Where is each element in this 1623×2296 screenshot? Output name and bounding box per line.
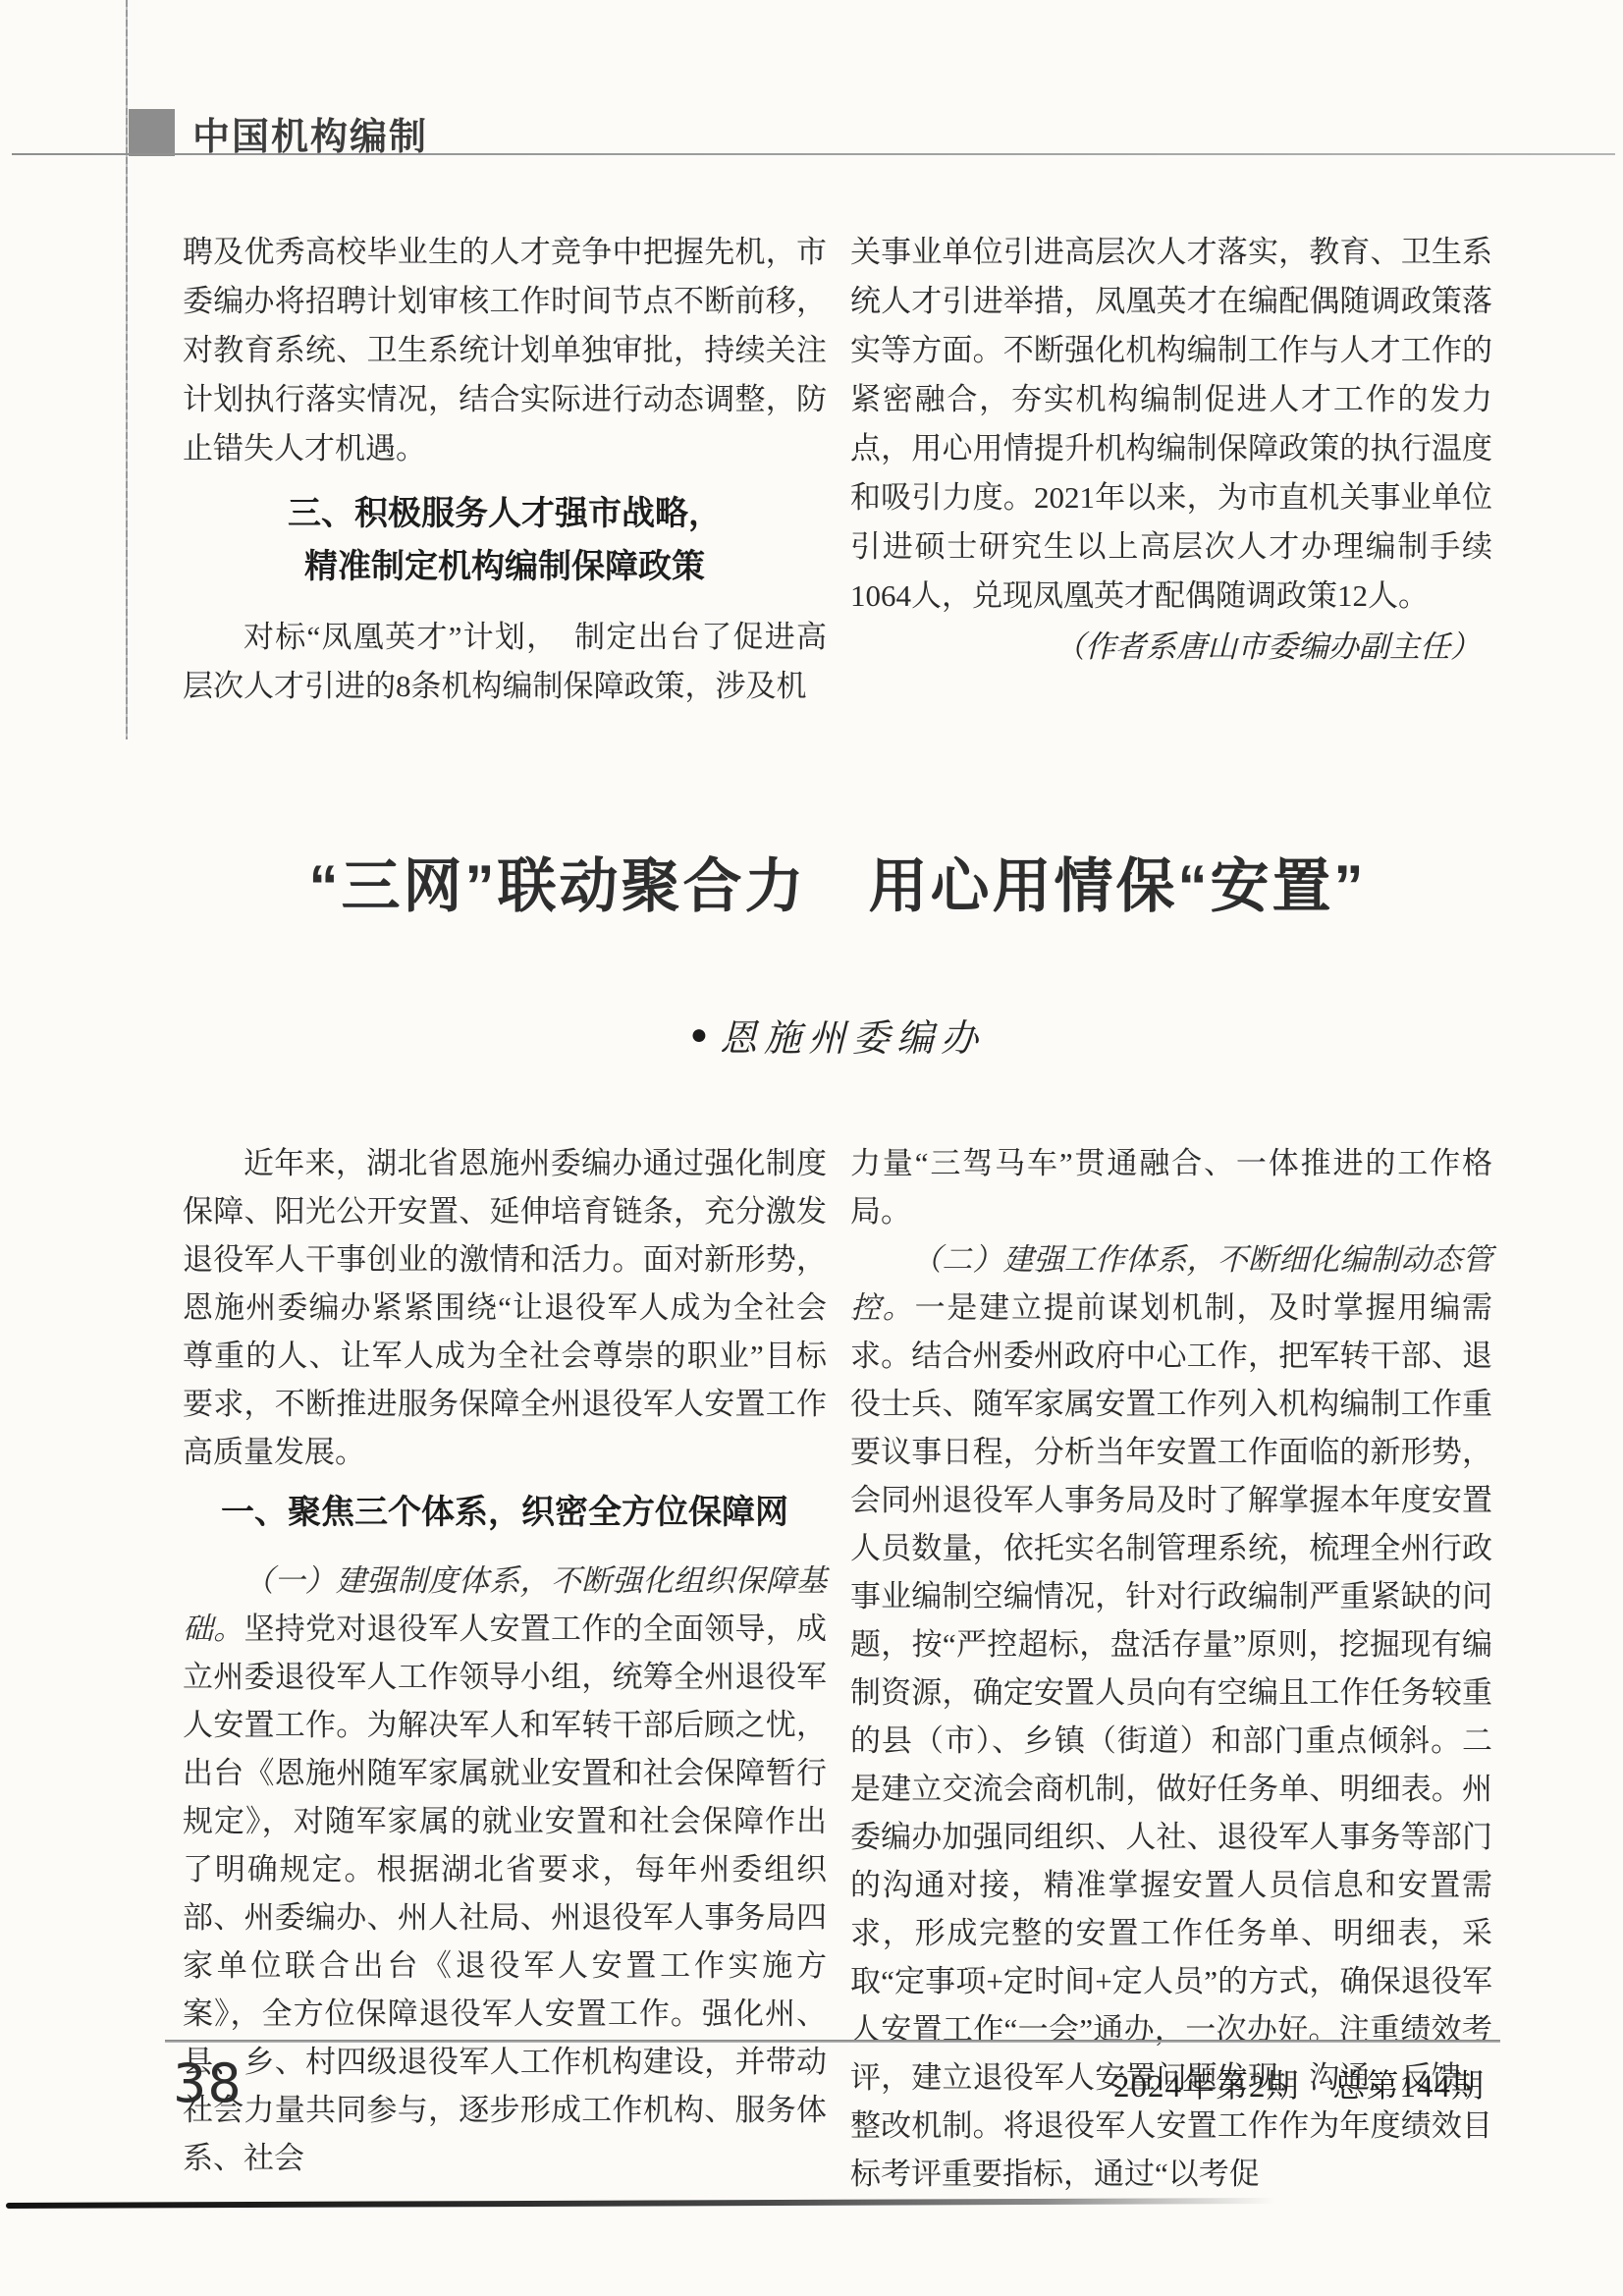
top-right-paragraph: 关事业单位引进高层次人才落实，教育、卫生系统人才引进举措，凤凰英才在编配偶随调政… (850, 228, 1492, 621)
article-item2-paragraph: （二）建强工作体系，不断细化编制动态管控。一是建立提前谋划机制，及时掌握用编需求… (850, 1235, 1492, 2198)
section-heading-three: 三、积极服务人才强市战略， 精准制定机构编制保障政策 (183, 487, 827, 593)
section-heading-three-line1: 三、积极服务人才强市战略， (288, 495, 722, 532)
left-margin-line (126, 0, 128, 739)
masthead-square-icon (129, 109, 175, 156)
article-title: “三网”联动聚合力 用心用情保“安置” (183, 850, 1492, 923)
issue-info: 2024年第2期 总第144期 (1113, 2060, 1485, 2106)
magazine-title: 中国机构编制 (192, 106, 428, 160)
item1-continuation: 力量“三驾马车”贯通融合、一体推进的工作格局。 (850, 1139, 1492, 1235)
continuation-paragraph: 聘及优秀高校毕业生的人才竞争中把握先机，市委编办将招聘计划审核工作时间节点不断前… (183, 228, 827, 473)
top-left-column: 聘及优秀高校毕业生的人才竞争中把握先机，市委编办将招聘计划审核工作时间节点不断前… (183, 228, 827, 711)
article-intro-paragraph: 近年来，湖北省恩施州委编办通过强化制度保障、阳光公开安置、延伸培育链条，充分激发… (183, 1139, 827, 1476)
byline-bullet-icon: ● (690, 1018, 708, 1052)
article-item1-paragraph: （一）建强制度体系，不断强化组织保障基础。坚持党对退役军人安置工作的全面领导，成… (183, 1557, 827, 2182)
magazine-page: 中国机构编制 聘及优秀高校毕业生的人才竞争中把握先机，市委编办将招聘计划审核工作… (0, 0, 1623, 2296)
footer-divider-line (165, 2040, 1500, 2043)
header-divider-line (12, 153, 1615, 155)
byline-author: 恩施州委编办 (720, 1008, 985, 1062)
top-left-paragraph: 对标“凤凰英才”计划， 制定出台了促进高层次人才引进的8条机构编制保障政策，涉及… (183, 613, 827, 711)
top-right-column: 关事业单位引进高层次人才落实，教育、卫生系统人才引进举措，凤凰英才在编配偶随调政… (850, 228, 1492, 670)
item2-text: 一是建立提前谋划机制，及时掌握用编需求。结合州委州政府中心工作，把军转干部、退役… (850, 1290, 1492, 2191)
scan-page-edge-line (6, 2198, 1371, 2209)
item1-text: 坚持党对退役军人安置工作的全面领导，成立州委退役军人工作领导小组，统筹全州退役军… (183, 1612, 827, 2175)
article-byline: ● 恩施州委编办 (183, 1008, 1492, 1062)
section-heading-one: 一、聚焦三个体系，织密全方位保障网 (183, 1488, 827, 1537)
page-number: 38 (173, 2052, 243, 2114)
author-note: （作者系唐山市委编办副主任） (850, 625, 1492, 670)
section-heading-three-line2: 精准制定机构编制保障政策 (304, 548, 705, 585)
article-left-column: 近年来，湖北省恩施州委编办通过强化制度保障、阳光公开安置、延伸培育链条，充分激发… (183, 1139, 827, 2182)
